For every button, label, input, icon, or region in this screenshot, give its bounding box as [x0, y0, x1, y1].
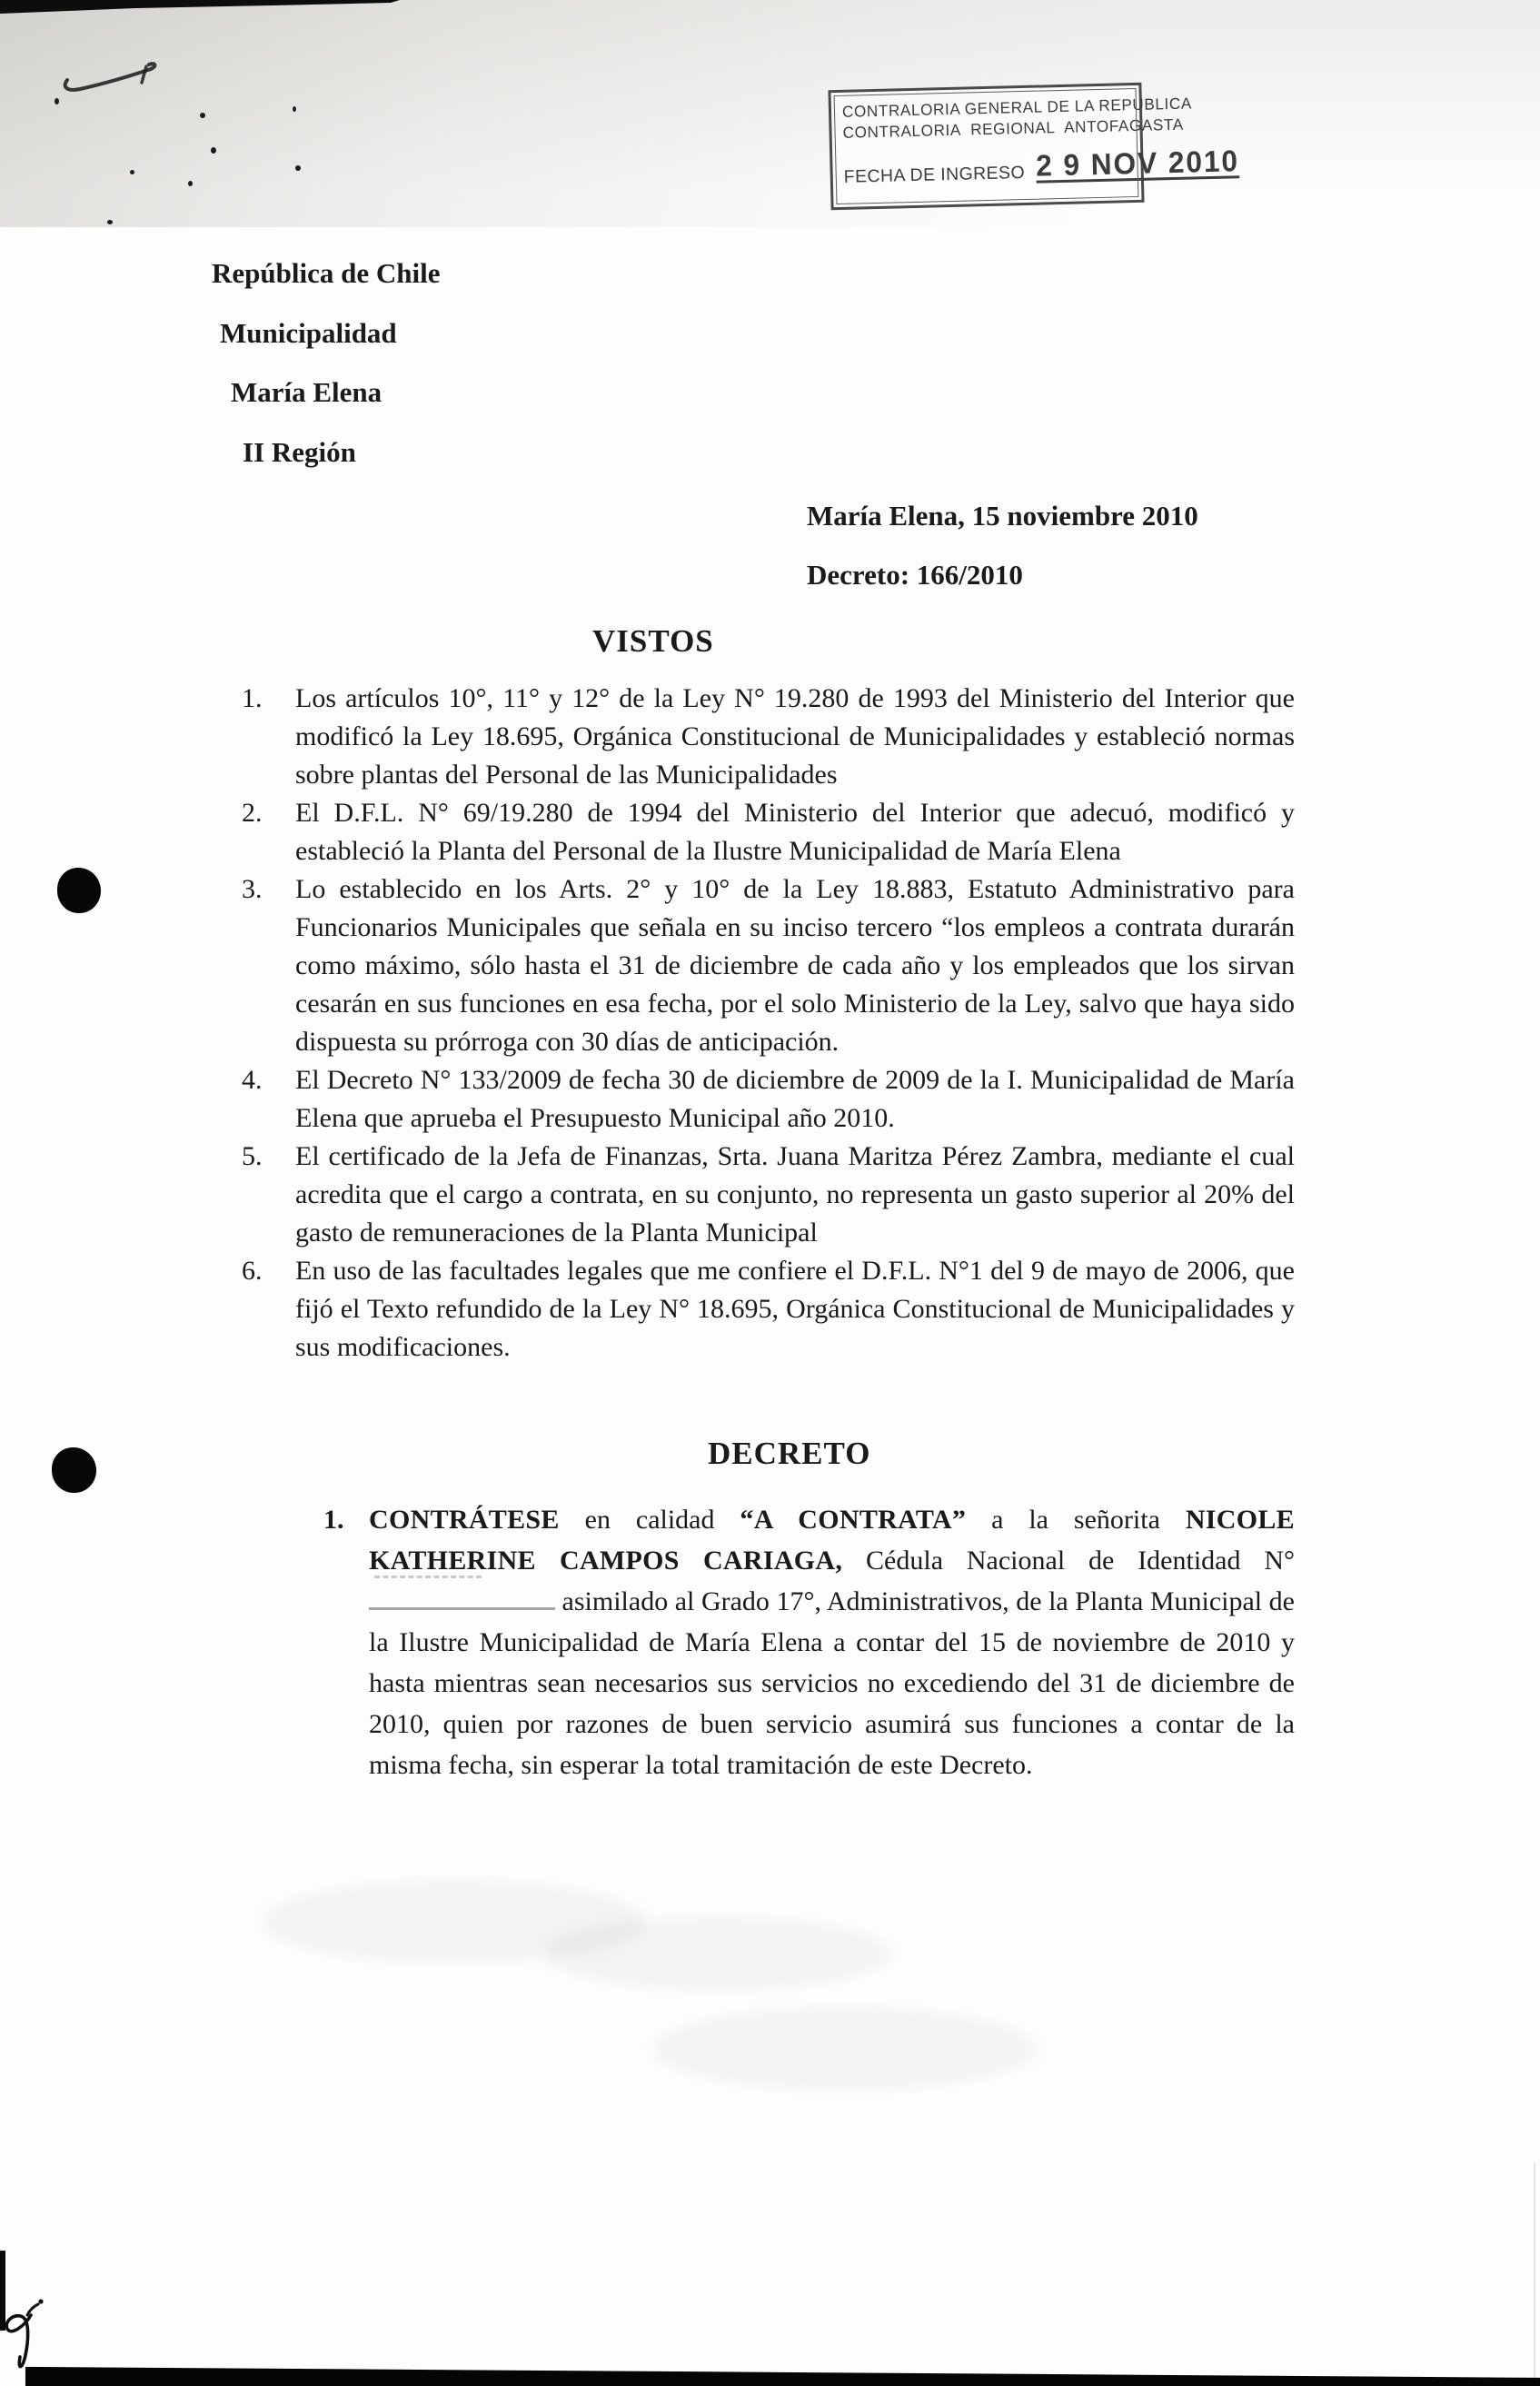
decree-label: Decreto:: [807, 559, 909, 591]
vistos-item-number: 5.: [242, 1138, 295, 1252]
text-segment: a la señorita: [966, 1505, 1186, 1535]
vistos-list: 1. Los artículos 10°, 11° y 12° de la Le…: [242, 680, 1295, 1367]
text-segment: en calidad: [560, 1505, 740, 1535]
decreto-item: 1. CONTRÁTESE en calidad “A CONTRATA” a …: [323, 1499, 1295, 1785]
vistos-item-text: Lo establecido en los Arts. 2° y 10° de …: [295, 870, 1295, 1061]
vistos-item: 3. Lo establecido en los Arts. 2° y 10° …: [242, 870, 1295, 1061]
vistos-item-number: 6.: [242, 1252, 295, 1367]
right-edge-artifact: [1534, 2162, 1535, 2386]
decreto-item-number: 1.: [323, 1499, 369, 1785]
vistos-item-text: El Decreto N° 133/2009 de fecha 30 de di…: [295, 1061, 1295, 1138]
stamp-date-label: FECHA DE INGRESO: [844, 163, 1026, 188]
vistos-item-number: 2.: [242, 794, 295, 870]
stamp-date-value: 2 9 NOV 2010: [1036, 147, 1240, 183]
letterhead-line-3: María Elena: [231, 374, 440, 434]
vistos-heading: VISTOS: [592, 623, 714, 660]
letterhead: República de Chile Municipalidad María E…: [212, 255, 440, 493]
vistos-item: 5. El certificado de la Jefa de Finanzas…: [242, 1138, 1295, 1252]
text-segment: asimilado al Grado 17°, Administrativos,…: [369, 1586, 1295, 1780]
scanned-decree-page: { "colors": { "ink": "#1a1a1a", "stamp_i…: [0, 0, 1540, 2386]
contraloria-ingress-stamp: CONTRALORIA GENERAL DE LA REPUBLICA CONT…: [828, 83, 1144, 210]
place-date-line: María Elena, 15 noviembre 2010: [807, 498, 1198, 559]
pen-mark-top: [55, 58, 173, 100]
letterhead-line-4: II Región: [243, 434, 440, 494]
vistos-item: 6. En uso de las facultades legales que …: [242, 1252, 1295, 1367]
scan-shading-artifact: [0, 0, 1540, 227]
bottom-edge-artifact: [0, 2364, 1540, 2386]
vistos-item-text: En uso de las facultades legales que me …: [295, 1252, 1295, 1367]
left-edge-artifact: [0, 2251, 5, 2331]
vistos-item: 2. El D.F.L. N° 69/19.280 de 1994 del Mi…: [242, 794, 1295, 870]
decree-number-line: Decreto: 166/2010: [807, 559, 1198, 592]
dateline-block: María Elena, 15 noviembre 2010 Decreto: …: [807, 498, 1198, 592]
vistos-item: 4. El Decreto N° 133/2009 de fecha 30 de…: [242, 1061, 1295, 1138]
decreto-paragraph: CONTRÁTESE en calidad “A CONTRATA” a la …: [369, 1499, 1295, 1785]
top-edge-artifact: [0, 0, 400, 14]
redacted-id-number: [369, 1600, 555, 1610]
vistos-item-number: 3.: [242, 870, 295, 1061]
pen-mark-bottom: [0, 2279, 58, 2381]
vistos-item-number: 4.: [242, 1061, 295, 1138]
hole-punch-mark: [52, 1447, 96, 1493]
vistos-item-number: 1.: [242, 680, 295, 794]
vistos-item-text: Los artículos 10°, 11° y 12° de la Ley N…: [295, 680, 1295, 794]
hole-punch-mark: [57, 868, 101, 913]
letterhead-line-1: República de Chile: [212, 255, 440, 315]
text-segment: “A CONTRATA”: [740, 1505, 966, 1535]
letterhead-line-2: Municipalidad: [220, 315, 440, 375]
text-segment: CONTRÁTESE: [369, 1505, 560, 1535]
vistos-item: 1. Los artículos 10°, 11° y 12° de la Le…: [242, 680, 1295, 794]
decree-number: 166/2010: [917, 559, 1023, 591]
vistos-item-text: El D.F.L. N° 69/19.280 de 1994 del Minis…: [295, 794, 1295, 870]
decreto-heading: DECRETO: [708, 1436, 870, 1472]
vistos-item-text: El certificado de la Jefa de Finanzas, S…: [295, 1138, 1295, 1252]
text-segment: Cédula Nacional de Identidad N°: [842, 1546, 1295, 1576]
